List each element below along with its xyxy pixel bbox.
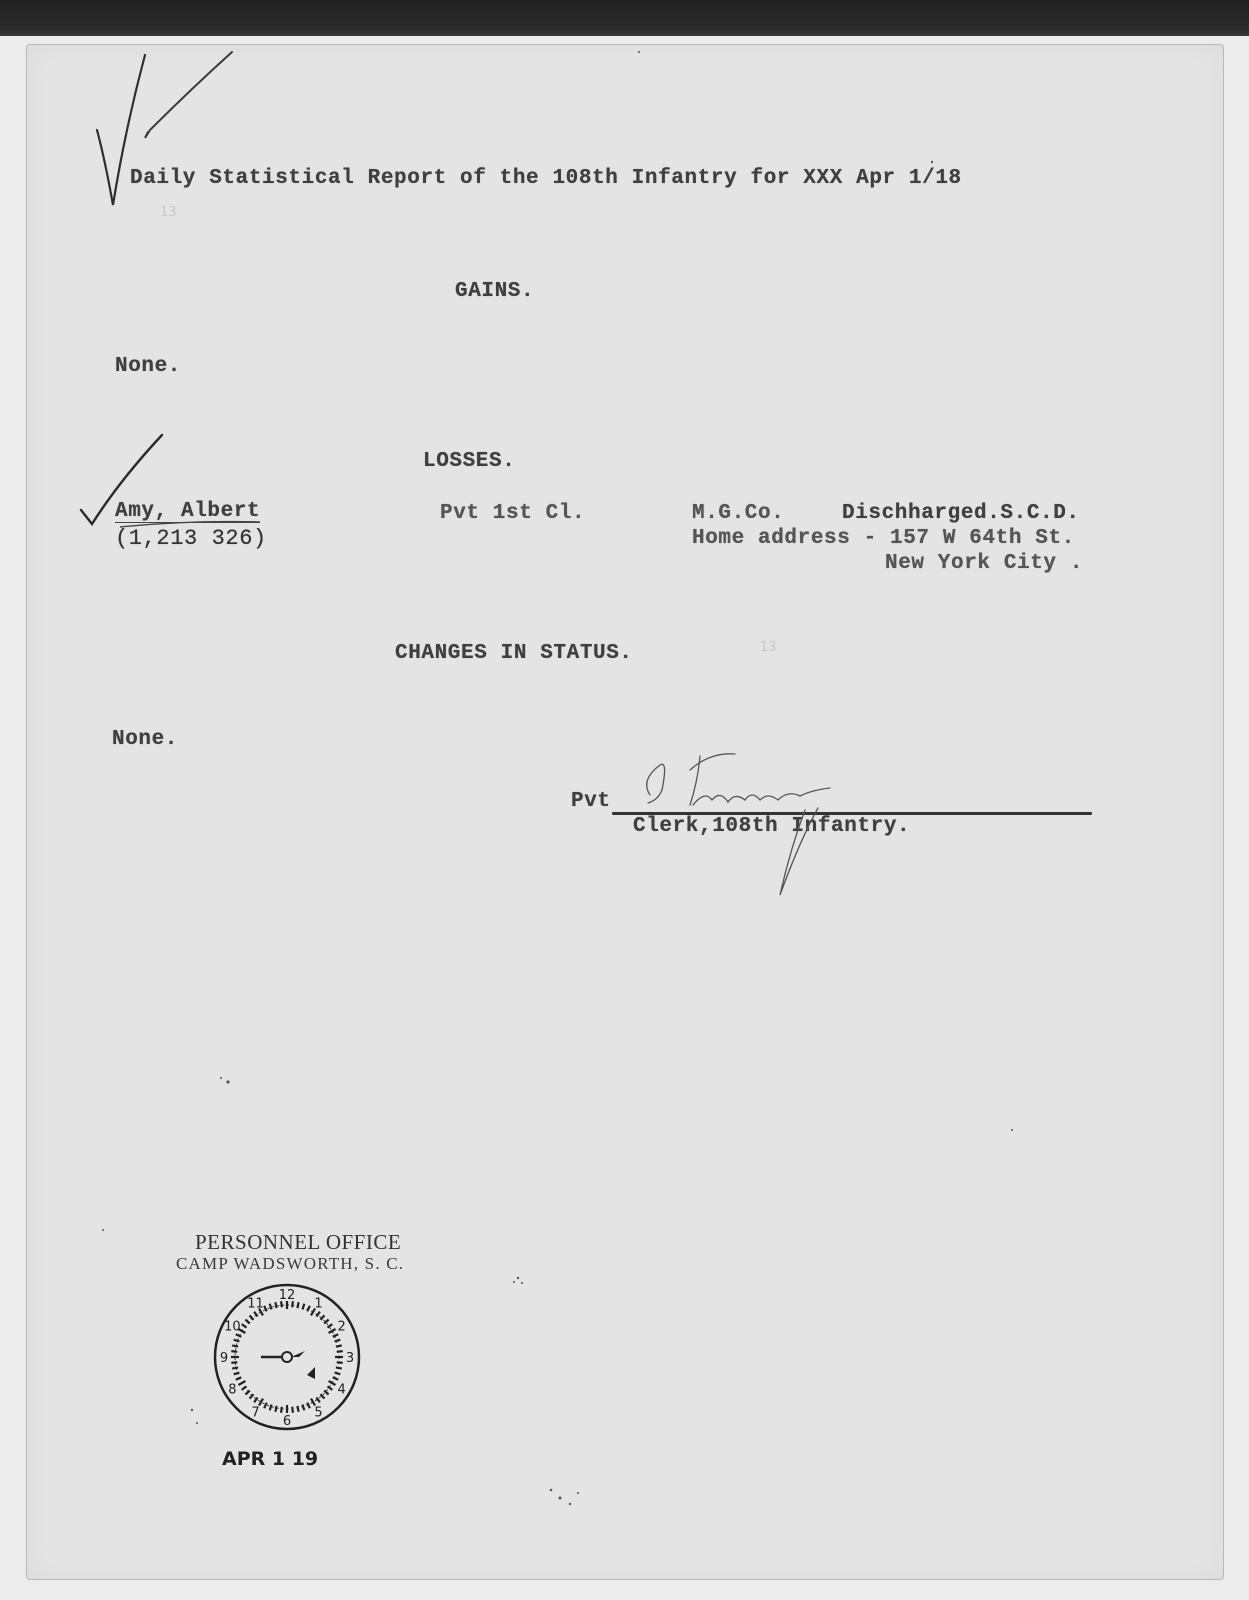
stamp-location: CAMP WADSWORTH, S. C.: [176, 1254, 404, 1274]
losses-heading: LOSSES.: [423, 450, 515, 473]
loss-action: Dischharged.S.C.D.: [842, 502, 1080, 525]
changes-heading: CHANGES IN STATUS.: [395, 642, 633, 665]
home-address-line1: Home address - 157 W 64th St.: [692, 527, 1075, 550]
scanner-border: [0, 0, 1249, 36]
gains-none: None.: [115, 355, 181, 378]
faint-page-mark-2: 13: [760, 640, 777, 655]
stamp-date: APR 1 19: [222, 1448, 318, 1470]
soldier-rank: Pvt 1st Cl.: [440, 502, 585, 525]
signature-prefix: Pvt: [571, 790, 611, 813]
stamp-office: PERSONNEL OFFICE: [195, 1230, 401, 1255]
report-title: Daily Statistical Report of the 108th In…: [130, 167, 962, 190]
soldier-unit: M.G.Co.: [692, 502, 784, 525]
changes-none: None.: [112, 728, 178, 751]
signature-title: Clerk,108th Infantry.: [633, 815, 910, 838]
home-address-line2: New York City .: [885, 552, 1083, 575]
faint-page-mark: 13: [160, 205, 177, 220]
gains-heading: GAINS.: [455, 280, 534, 303]
soldier-serial-number: (1,213 326): [115, 526, 267, 551]
soldier-name: Amy, Albert: [115, 502, 260, 523]
